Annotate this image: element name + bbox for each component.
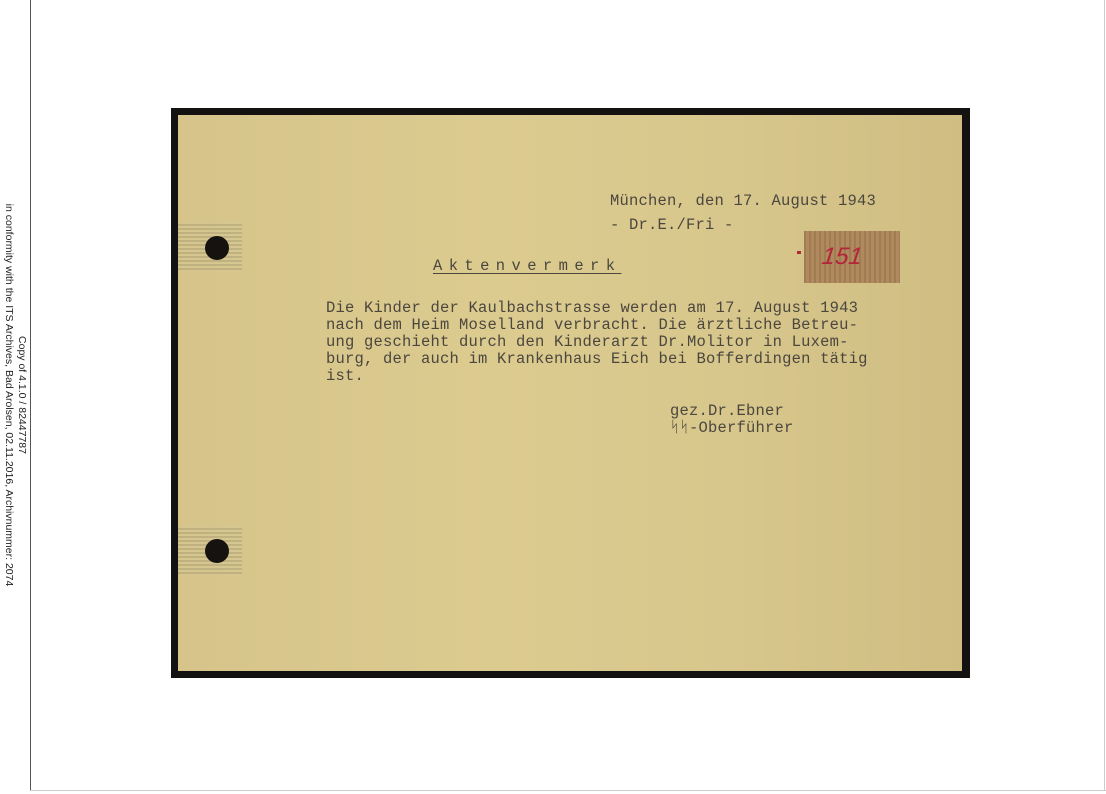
archive-stamp: 151 bbox=[804, 231, 900, 283]
archive-conformity-line: in conformity with the ITS Archives, Bad… bbox=[2, 204, 15, 587]
punch-hole-icon bbox=[205, 539, 229, 563]
punch-hole-icon bbox=[205, 236, 229, 260]
document-scan: München, den 17. August 1943 - Dr.E./Fri… bbox=[171, 108, 970, 678]
document-paper: München, den 17. August 1943 - Dr.E./Fri… bbox=[178, 115, 962, 671]
archive-margin: Copy of 4.1.0 / 82447787 in conformity w… bbox=[0, 0, 31, 790]
body-line: burg, der auch im Krankenhaus Eich bei B… bbox=[326, 351, 868, 368]
page-right-edge bbox=[1104, 0, 1105, 790]
reference-code: - Dr.E./Fri - bbox=[610, 217, 734, 234]
stamp-number: 151 bbox=[820, 243, 864, 271]
signatory-rank: ᛋᛋ-Oberführer bbox=[670, 420, 794, 437]
body-line: ist. bbox=[326, 368, 364, 385]
page-bottom-edge bbox=[30, 790, 1106, 791]
archive-copy-notice: Copy of 4.1.0 / 82447787 in conformity w… bbox=[2, 204, 28, 587]
stamp-mark bbox=[797, 251, 801, 254]
body-line: nach dem Heim Moselland verbracht. Die ä… bbox=[326, 317, 858, 334]
signature: gez.Dr.Ebner bbox=[670, 403, 784, 420]
body-line: ung geschieht durch den Kinderarzt Dr.Mo… bbox=[326, 334, 849, 351]
document-title: Aktenvermerk bbox=[433, 257, 621, 275]
body-line: Die Kinder der Kaulbachstrasse werden am… bbox=[326, 300, 858, 317]
archive-copy-line: Copy of 4.1.0 / 82447787 bbox=[15, 204, 28, 587]
place-date: München, den 17. August 1943 bbox=[610, 193, 876, 210]
